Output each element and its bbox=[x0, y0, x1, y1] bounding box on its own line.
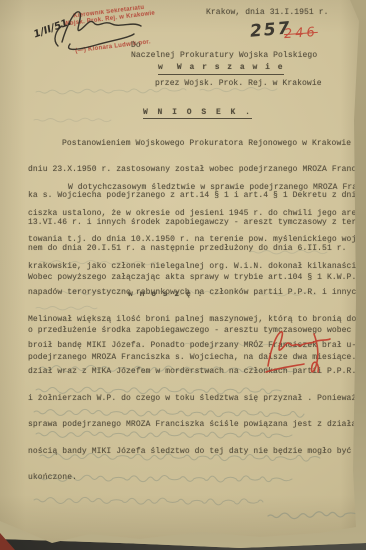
text-line: sprawa podejrzanego MROZA Franciszka ści… bbox=[28, 421, 362, 430]
office-stamp: Kierownik Sekretariatu Wojsk. Prok. Rej.… bbox=[50, 2, 172, 58]
text-line: ukończone. bbox=[28, 474, 362, 483]
text-line: krakowskie, jako członek nielegalnej org… bbox=[28, 263, 362, 272]
text-line: nością bandy MIKI Józefa śledztwo do tej… bbox=[28, 448, 362, 457]
crossed-out-number: 246 bbox=[284, 25, 319, 42]
text-line: o przedłużenie środka zapobiegawczego - … bbox=[28, 326, 362, 335]
text-line: ciszka ustalono, że w okresie od jesieni… bbox=[28, 210, 362, 219]
address-city: w W a r s z a w i e bbox=[158, 64, 284, 75]
text-line: i żołnierzach W.P. do czego w toku śledz… bbox=[28, 395, 362, 404]
address-recipient: Naczelnej Prokuratury Wojska Polskiego bbox=[131, 52, 317, 61]
text-line: Postanowieniem Wojskowego Prokuratora Re… bbox=[28, 140, 362, 149]
text-line: W dotychczasowym śledztwie w sprawie pod… bbox=[28, 184, 362, 193]
closing-line: Wobec powyższego załączając akta sprawy … bbox=[28, 274, 362, 283]
document-title-text: W N I O S E K . bbox=[143, 108, 253, 119]
document-page: Kierownik Sekretariatu Wojsk. Prok. Rej.… bbox=[0, 0, 366, 550]
address-to: Do bbox=[131, 42, 141, 51]
motion-paragraph: o przedłużenie środka zapobiegawczego - … bbox=[28, 308, 362, 380]
motion-heading: w n o s z ę : bbox=[128, 291, 203, 300]
date-line: Krakow, dnia 31.I.1951 r. bbox=[206, 9, 329, 18]
text-line: towania t.j. do dnia 10.X.1950 r. na ter… bbox=[28, 236, 362, 245]
text-line: podejrzanego MROZA Franciszka s. Wojciec… bbox=[28, 353, 362, 362]
address-via: przez Wojsk. Prok. Rej. w Krakowie bbox=[155, 80, 322, 89]
